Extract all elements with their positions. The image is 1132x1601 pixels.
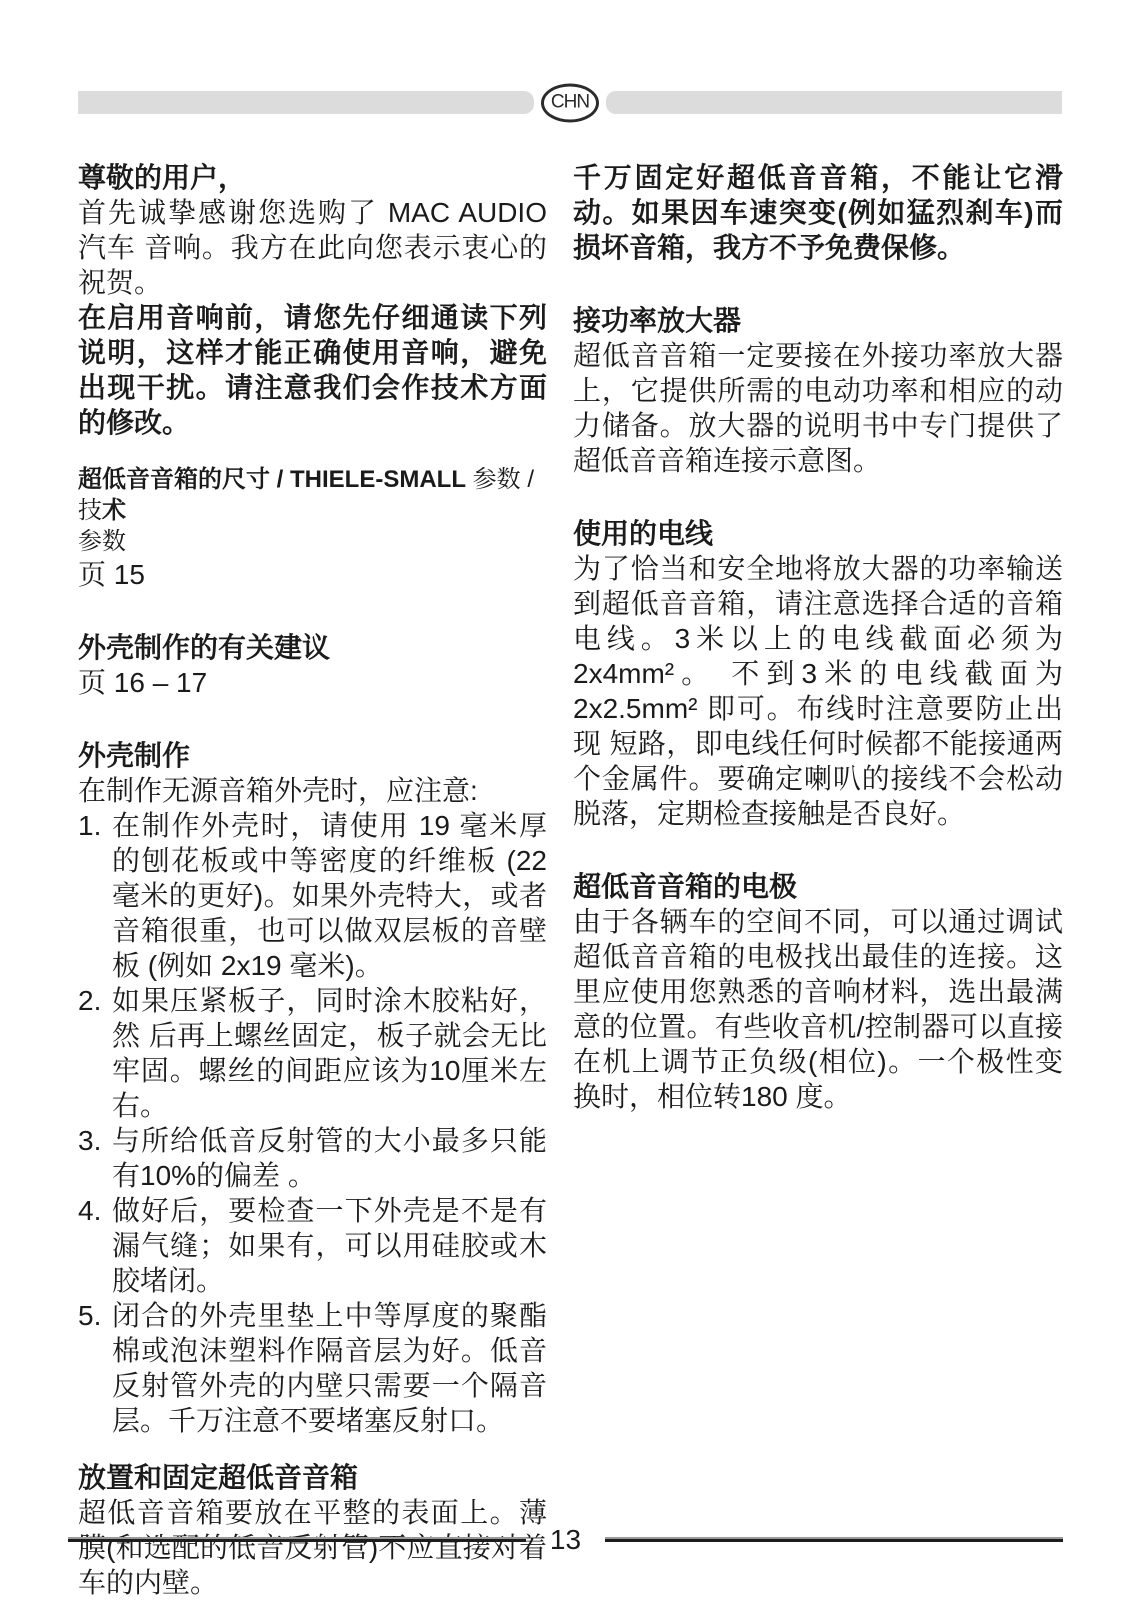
list-item-text: 闭合的外壳里垫上中等厚度的聚酯棉或泡沫塑料作隔音层为好。低音反射管外壳的内壁只需… [112, 1298, 547, 1438]
dimensions-page-ref: 页 15 [78, 557, 547, 592]
header-bar-left [78, 91, 534, 114]
housing-advice-page-ref: 页 16 – 17 [78, 665, 547, 700]
cables-paragraph: 为了恰当和安全地将放大器的功率输送到超低音音箱，请注意选择合适的音箱电线。3米以… [573, 551, 1063, 831]
list-item-text: 做好后，要检查一下外壳是不是有漏气缝；如果有，可以用硅胶或木胶堵闭。 [112, 1193, 547, 1298]
right-column: 千万固定好超低音音箱，不能让它滑动。如果因车速突变(例如猛烈刹车)而损坏音箱，我… [573, 160, 1063, 1600]
list-item-text: 如果压紧板子，同时涂木胶粘好，然 后再上螺丝固定，板子就会无比牢固。螺丝的间距应… [112, 983, 547, 1123]
warning-paragraph: 千万固定好超低音音箱，不能让它滑动。如果因车速突变(例如猛烈刹车)而损坏音箱，我… [573, 160, 1063, 265]
housing-intro: 在制作无源音箱外壳时，应注意: [78, 773, 547, 808]
footer-rule-right [605, 1537, 1063, 1542]
list-item: 4. 做好后，要检查一下外壳是不是有漏气缝；如果有，可以用硅胶或木胶堵闭。 [78, 1193, 547, 1298]
page-number: 13 [526, 1522, 605, 1557]
notice-paragraph: 在启用音响前，请您先仔细通读下列说明，这样才能正确使用音响，避免出现干扰。请注意… [78, 300, 547, 440]
amplifier-paragraph: 超低音音箱一定要接在外接功率放大器上，它提供所需的电动功率和相应的动力储备。放大… [573, 338, 1063, 478]
polarity-paragraph: 由于各辆车的空间不同，可以通过调试超低音音箱的电极找出最佳的连接。这里应使用您熟… [573, 904, 1063, 1114]
header-bar-right [606, 91, 1062, 114]
greeting-paragraph: 首先诚挚感谢您选购了 MAC AUDIO 汽车 音响。我方在此向您表示衷心的祝贺… [78, 195, 547, 300]
list-item: 1. 在制作外壳时，请使用 19 毫米厚的刨花板或中等密度的纤维板 (22毫米的… [78, 808, 547, 983]
housing-advice-heading: 外壳制作的有关建议 [78, 630, 547, 665]
language-badge-label: CHN [551, 92, 589, 114]
cables-heading: 使用的电线 [573, 516, 1063, 551]
list-item: 2. 如果压紧板子，同时涂木胶粘好，然 后再上螺丝固定，板子就会无比牢固。螺丝的… [78, 983, 547, 1123]
list-item-number: 3. [78, 1123, 112, 1193]
greeting-heading: 尊敬的用户， [78, 160, 547, 195]
polarity-heading: 超低音音箱的电极 [573, 869, 1063, 904]
list-item-text: 与所给低音反射管的大小最多只能有10%的偏差 。 [112, 1123, 547, 1193]
list-item-number: 4. [78, 1193, 112, 1298]
list-item: 5. 闭合的外壳里垫上中等厚度的聚酯棉或泡沫塑料作隔音层为好。低音反射管外壳的内… [78, 1298, 547, 1438]
list-item: 3. 与所给低音反射管的大小最多只能有10%的偏差 。 [78, 1123, 547, 1193]
list-item-number: 5. [78, 1298, 112, 1438]
housing-heading: 外壳制作 [78, 738, 547, 773]
page-header: CHN [78, 91, 1062, 114]
manual-page: CHN 尊敬的用户， 首先诚挚感谢您选购了 MAC AUDIO 汽车 音响。我方… [0, 0, 1132, 1601]
dimensions-heading: 超低音音箱的尺寸 / THIELE-SMALL 参数 / 技术参数 [78, 464, 547, 557]
amplifier-heading: 接功率放大器 [573, 303, 1063, 338]
list-item-number: 1. [78, 808, 112, 983]
content-columns: 尊敬的用户， 首先诚挚感谢您选购了 MAC AUDIO 汽车 音响。我方在此向您… [78, 160, 1062, 1600]
footer-rule-left [68, 1537, 526, 1542]
housing-steps-list: 1. 在制作外壳时，请使用 19 毫米厚的刨花板或中等密度的纤维板 (22毫米的… [78, 808, 547, 1438]
page-footer: 13 [68, 1522, 1063, 1557]
list-item-text: 在制作外壳时，请使用 19 毫米厚的刨花板或中等密度的纤维板 (22毫米的更好)… [112, 808, 547, 983]
list-item-number: 2. [78, 983, 112, 1123]
placement-heading: 放置和固定超低音音箱 [78, 1460, 547, 1495]
left-column: 尊敬的用户， 首先诚挚感谢您选购了 MAC AUDIO 汽车 音响。我方在此向您… [78, 160, 547, 1600]
language-badge: CHN [541, 83, 599, 122]
